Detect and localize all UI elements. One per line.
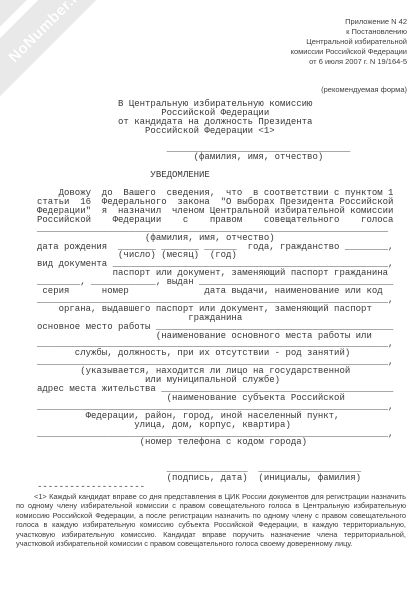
appendix-header-line: от 6 июля 2007 г. N 19/164-5 — [291, 57, 407, 67]
recommended-form-note: (рекомендуемая форма) — [321, 85, 407, 94]
form-line: Российской Федерации <1> — [37, 127, 393, 136]
appendix-header-line: Центральной избирательной — [291, 37, 407, 47]
watermark-text: NoNumber.ru — [0, 0, 99, 76]
form-line: (номер телефона с кодом города) — [37, 438, 393, 447]
appendix-header-line: к Постановлению — [291, 27, 407, 37]
form-line: -------------------- — [37, 483, 393, 492]
form-line: УВЕДОМЛЕНИЕ — [37, 171, 393, 180]
form-line: (фамилия, имя, отчество) — [37, 153, 393, 162]
footnote-text: <1> Каждый кандидат вправе со дня предст… — [16, 492, 406, 548]
appendix-header-line: Приложение N 42 — [291, 17, 407, 27]
appendix-header-line: комиссии Российской Федерации — [291, 47, 407, 57]
document-page: NoNumber.ru Приложение N 42к Постановлен… — [0, 0, 420, 600]
form-line — [37, 447, 393, 456]
notification-form-body: В Центральную избирательную комиссию Рос… — [37, 100, 393, 492]
appendix-header: Приложение N 42к ПостановлениюЦентрально… — [291, 17, 407, 67]
